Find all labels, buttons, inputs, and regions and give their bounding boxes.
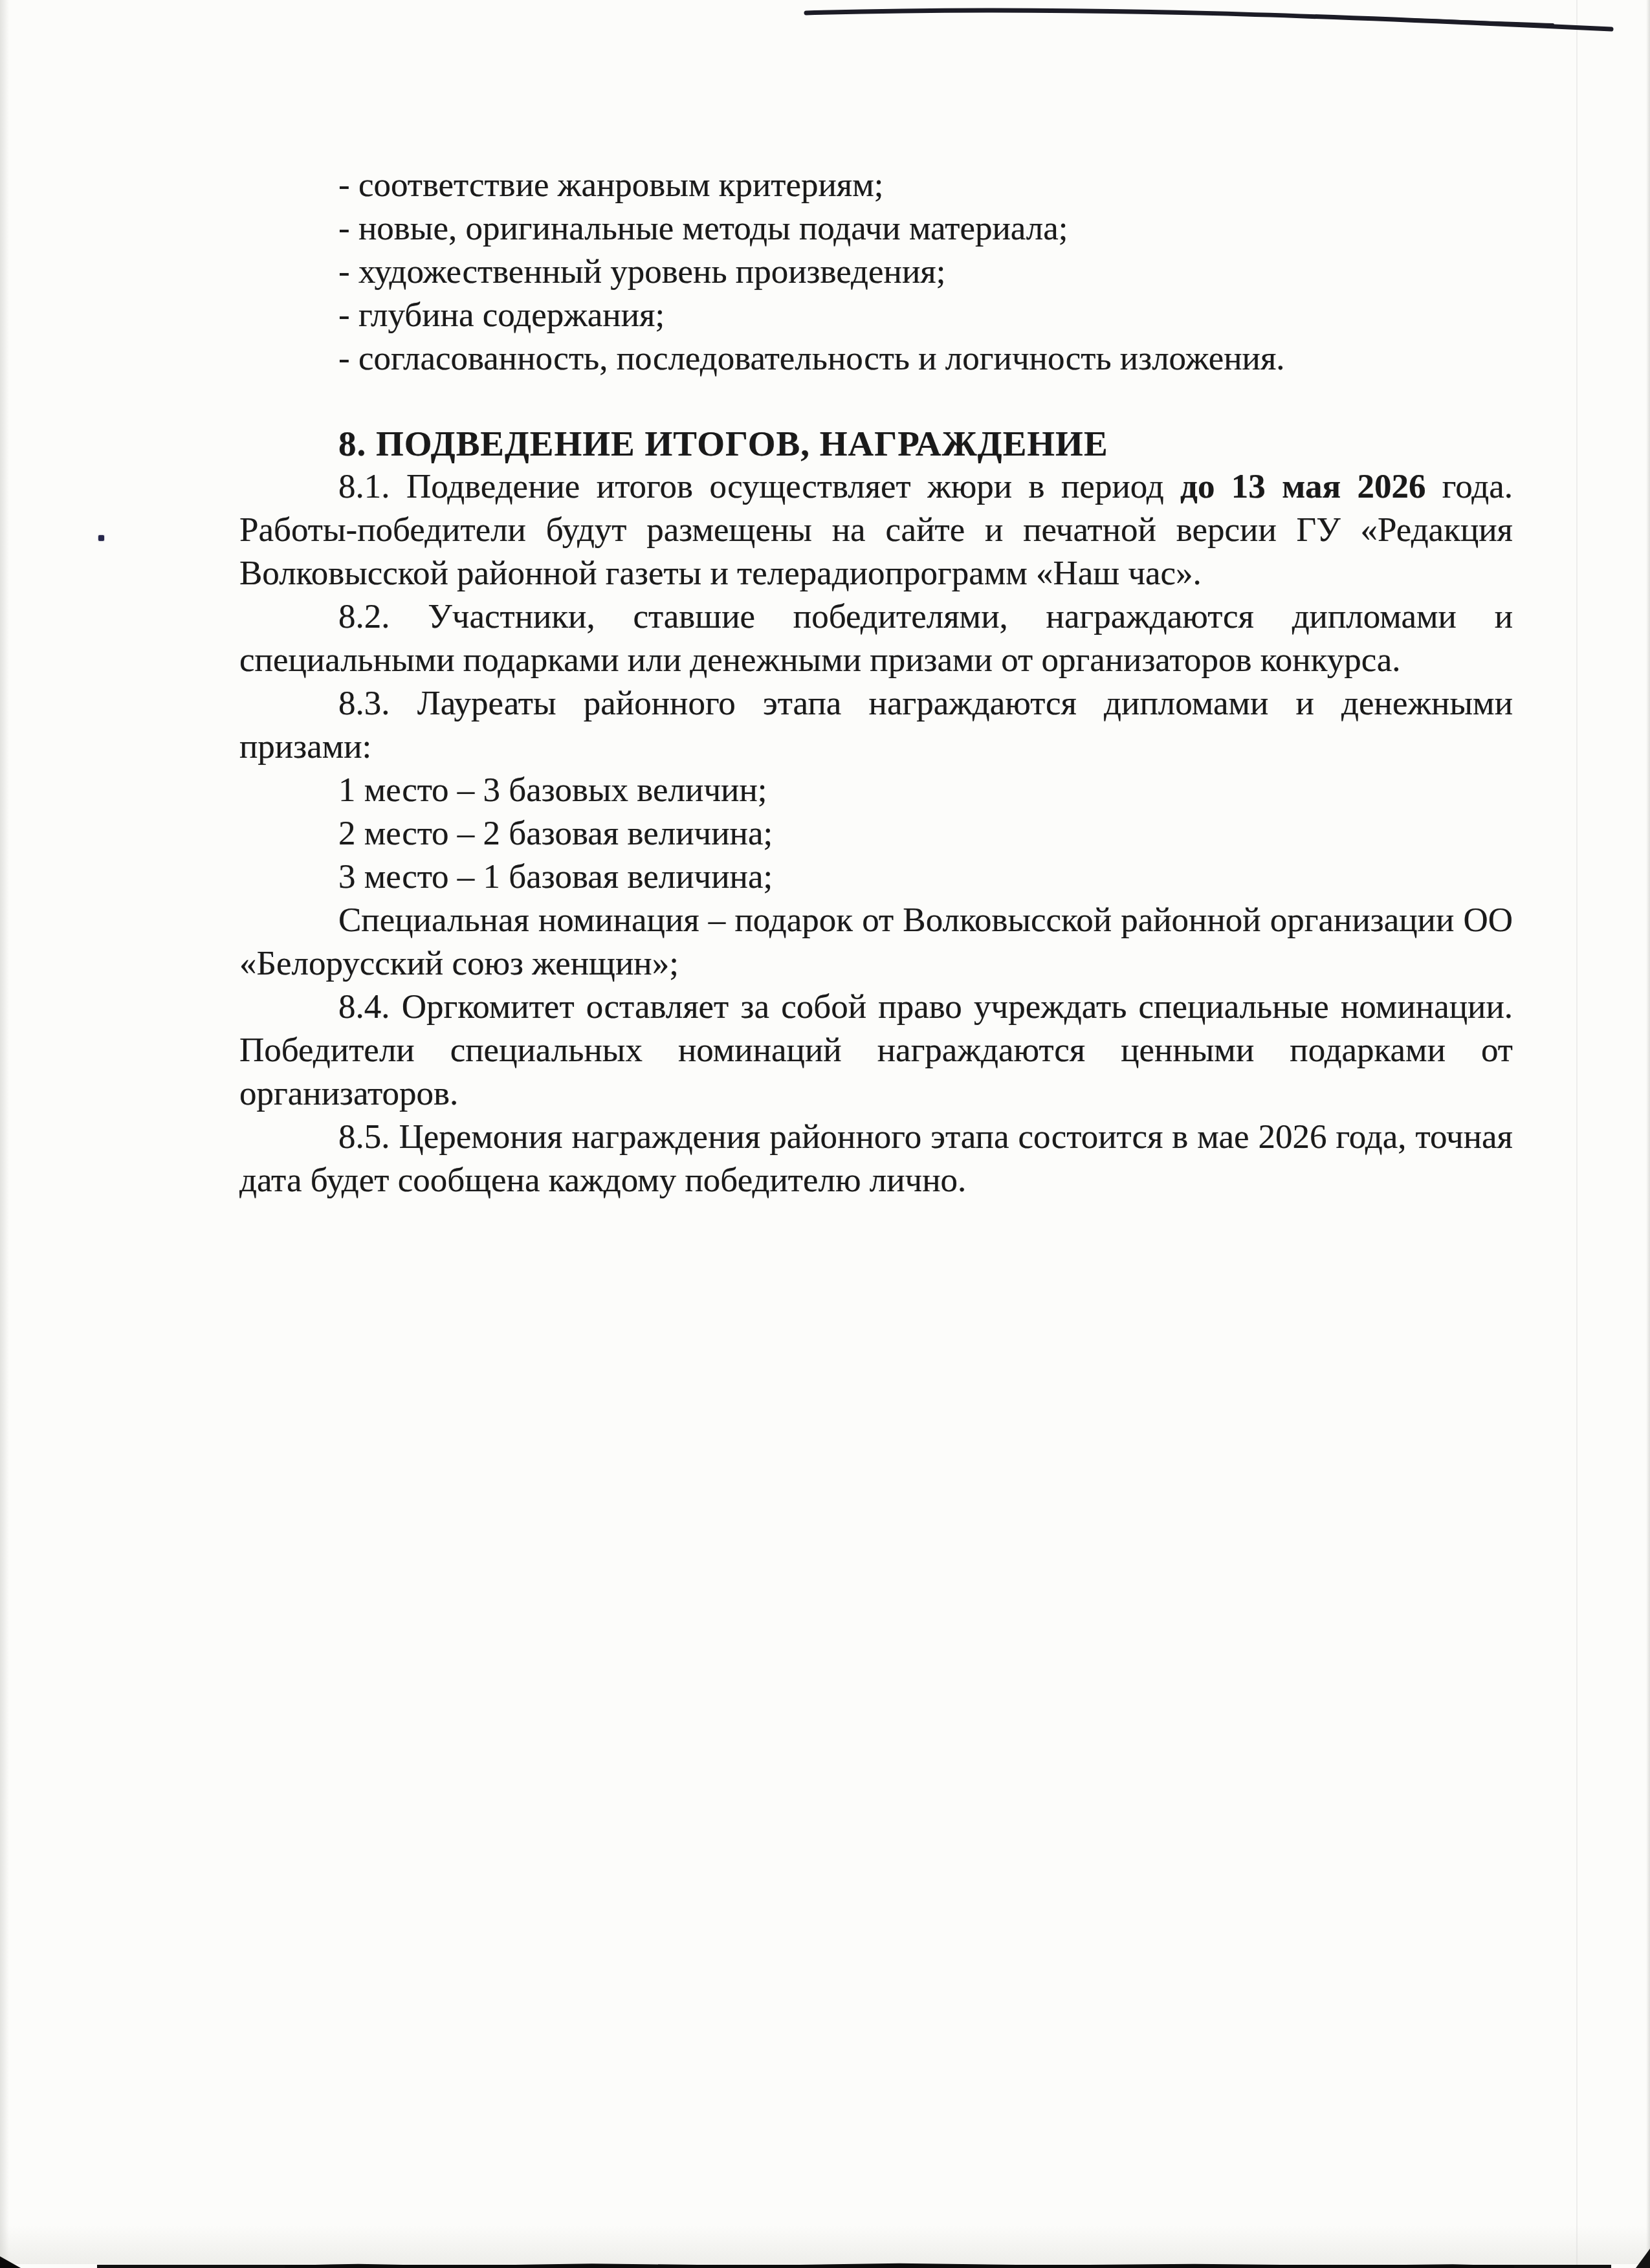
- prize-line: 1 место – 3 базовых величин;: [338, 769, 1513, 812]
- paragraph-8-1: 8.1. Подведение итогов осуществляет жюри…: [239, 465, 1513, 595]
- paragraph-8-5: 8.5. Церемония награждения районного эта…: [239, 1116, 1513, 1202]
- scanned-document-page: - соответствие жанровым критериям; - нов…: [0, 0, 1650, 2268]
- paragraph-8-1-text: 8.1. Подведение итогов осуществляет жюри…: [338, 468, 1180, 505]
- scan-bottom-smudge: [0, 2225, 1650, 2264]
- paragraph-8-2: 8.2. Участники, ставшие победителями, на…: [239, 595, 1513, 682]
- document-content: - соответствие жанровым критериям; - нов…: [239, 164, 1513, 1202]
- prize-line: 2 место – 2 базовая величина;: [338, 812, 1513, 855]
- criteria-item: - согласованность, последовательность и …: [338, 337, 1513, 380]
- paragraph-8-4: 8.4. Оргкомитет оставляет за собой право…: [239, 985, 1513, 1116]
- paragraph-8-3: 8.3. Лауреаты районного этапа награждают…: [239, 682, 1513, 769]
- paragraph-special-nomination: Специальная номинация – подарок от Волко…: [239, 899, 1513, 985]
- criteria-item: - новые, оригинальные методы подачи мате…: [338, 207, 1513, 250]
- criteria-item: - художественный уровень произведения;: [338, 250, 1513, 294]
- scan-vertical-streak: [1576, 0, 1578, 2268]
- scan-right-edge-shading: [1646, 0, 1650, 2268]
- pen-stroke-artifact-icon: [0, 0, 1650, 78]
- paragraph-8-1-bold-date: до 13 мая 2026: [1180, 468, 1425, 505]
- criteria-item: - соответствие жанровым критериям;: [338, 164, 1513, 207]
- scan-speck: [98, 535, 104, 541]
- scan-left-edge-shading: [0, 0, 9, 2268]
- criteria-item: - глубина содержания;: [338, 294, 1513, 337]
- section-heading: 8. ПОДВЕДЕНИЕ ИТОГОВ, НАГРАЖДЕНИЕ: [338, 422, 1513, 465]
- prize-line: 3 место – 1 базовая величина;: [338, 855, 1513, 899]
